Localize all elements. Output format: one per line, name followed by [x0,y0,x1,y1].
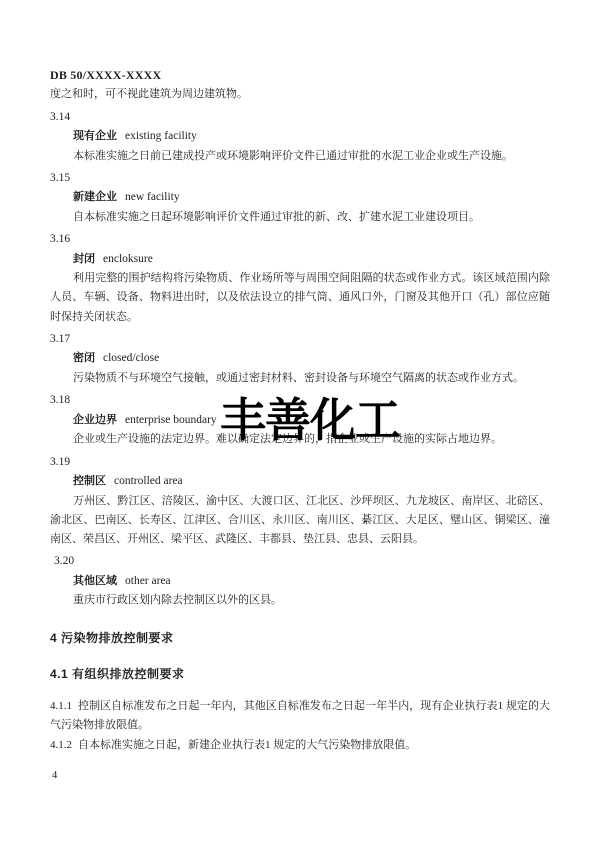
term-line: 新建企业new facility [50,188,550,208]
term-line: 其他区域other area [50,572,550,592]
clause-text: 自本标准实施之日起，新建企业执行表1 规定的大气污染物排放限值。 [78,739,416,751]
term-line: 封闭encloksure [50,250,550,270]
term-section-3-17: 3.17 密闭closed/close 污染物质不与环境空气接触，或通过密封材料… [50,330,550,388]
term-section-3-15: 3.15 新建企业new facility 自本标准实施之日起环境影响评价文件通… [50,169,550,227]
term-english: other area [125,575,171,587]
section-4-1-heading: 4.1 有组织排放控制要求 [50,664,550,684]
section-number: 3.20 [50,552,550,572]
term-chinese: 密闭 [73,352,95,364]
term-chinese: 控制区 [73,475,106,487]
term-definition: 利用完整的围护结构将污染物质、作业场所等与周围空间阻隔的状态或作业方式。该区域范… [50,269,550,327]
term-line: 企业边界enterprise boundary [50,411,550,431]
term-chinese: 新建企业 [73,191,117,203]
term-english: controlled area [114,475,183,487]
term-chinese: 封闭 [73,253,95,265]
chapter-4-heading: 4 污染物排放控制要求 [50,628,550,648]
clause-4-1-1: 4.1.1控制区自标准发布之日起一年内，其他区自标准发布之日起一年半内，现有企业… [50,697,550,736]
term-section-3-18: 3.18 企业边界enterprise boundary 企业或生产设施的法定边… [50,391,550,449]
section-number: 3.17 [50,330,550,350]
term-english: encloksure [103,253,153,265]
term-definition: 企业或生产设施的法定边界。难以确定法定边界的，指企业或生产设施的实际占地边界。 [50,430,550,449]
term-english: enterprise boundary [125,414,217,426]
clause-text: 控制区自标准发布之日起一年内，其他区自标准发布之日起一年半内，现有企业执行表1 … [50,700,550,732]
section-number: 3.14 [50,108,550,128]
section-number: 3.16 [50,230,550,250]
section-number: 3.15 [50,169,550,189]
term-definition: 万州区、黔江区、涪陵区、渝中区、大渡口区、江北区、沙坪坝区、九龙坡区、南岸区、北… [50,492,550,550]
page-number: 4 [52,769,57,783]
term-english: new facility [125,191,180,203]
section-number: 3.19 [50,453,550,473]
term-definition: 本标准实施之日前已建成投产或环境影响评价文件已通过审批的水泥工业企业或生产设施。 [50,147,550,166]
document-body: DB 50/XXXX-XXXX 度之和时，可不视此建筑为周边建筑物。 3.14 … [50,66,550,755]
carryover-paragraph: 度之和时，可不视此建筑为周边建筑物。 [50,85,550,105]
term-definition: 重庆市行政区划内除去控制区以外的区县。 [50,591,550,610]
term-english: existing facility [125,130,197,142]
document-number-header: DB 50/XXXX-XXXX [50,66,550,85]
term-section-3-19: 3.19 控制区controlled area 万州区、黔江区、涪陵区、渝中区、… [50,453,550,550]
term-line: 现有企业existing facility [50,127,550,147]
term-section-3-20: 3.20 其他区域other area 重庆市行政区划内除去控制区以外的区县。 [50,552,550,610]
clause-number: 4.1.1 [50,700,72,712]
term-english: closed/close [103,352,159,364]
term-section-3-14: 3.14 现有企业existing facility 本标准实施之日前已建成投产… [50,108,550,166]
clause-number: 4.1.2 [50,739,72,751]
section-number: 3.18 [50,391,550,411]
term-chinese: 现有企业 [73,130,117,142]
term-line: 密闭closed/close [50,349,550,369]
term-chinese: 其他区域 [73,575,117,587]
clause-4-1-2: 4.1.2自本标准实施之日起，新建企业执行表1 规定的大气污染物排放限值。 [50,736,550,756]
term-line: 控制区controlled area [50,472,550,492]
term-definition: 自本标准实施之日起环境影响评价文件通过审批的新、改、扩建水泥工业建设项目。 [50,208,550,227]
term-section-3-16: 3.16 封闭encloksure 利用完整的围护结构将污染物质、作业场所等与周… [50,230,550,327]
term-definition: 污染物质不与环境空气接触，或通过密封材料、密封设备与环境空气隔离的状态或作业方式… [50,369,550,388]
term-chinese: 企业边界 [73,414,117,426]
